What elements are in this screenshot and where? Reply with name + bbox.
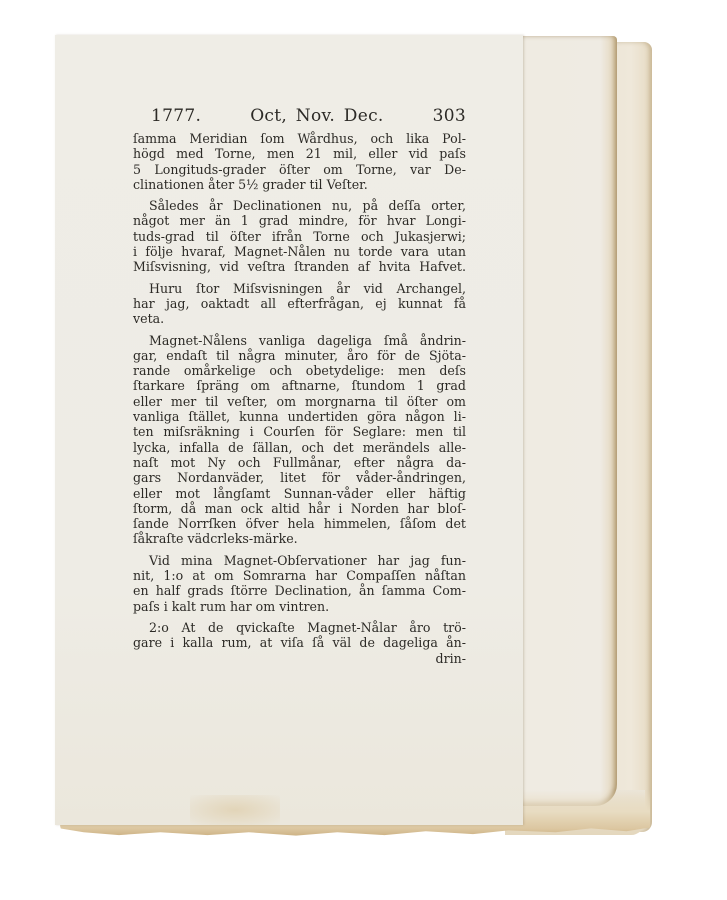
paragraph-5: Vid mina Magnet-Obſervationer har jag fu… <box>133 553 466 614</box>
text-line: Magnet-Nålens vanliga dageliga ſmå åndri… <box>133 333 466 348</box>
text-line: ſamma Meridian ſom Wårdhus, och lika Pol… <box>133 131 466 146</box>
paragraph-3: Huru ſtor Miſsvisningen år vid Archangel… <box>133 281 466 327</box>
header-year: 1777. <box>151 106 201 126</box>
paragraph-4: Magnet-Nålens vanliga dageliga ſmå åndri… <box>133 333 466 547</box>
text-line: Huru ſtor Miſsvisningen år vid Archangel… <box>133 281 466 296</box>
printed-text-block: 1777. Oct, Nov. Dec. 303 ſamma Meridian … <box>133 106 466 666</box>
text-line: lycka, infalla de ſällan, och det meränd… <box>133 440 466 455</box>
text-line: eller mer til veſter, om morgnarna til ö… <box>133 394 466 409</box>
text-line: ſande Norrſken öfver hela himmelen, ſåſo… <box>133 516 466 531</box>
text-line: högd med Torne, men 21 mil, eller vid pa… <box>133 146 466 161</box>
text-line: vanliga ſtället, kunna undertiden göra n… <box>133 409 466 424</box>
text-line: nit, 1:o at om Somrarna har Compaſſen nå… <box>133 568 466 583</box>
text-line: ſåkraſte vädcrleks-märke. <box>133 531 466 546</box>
text-line: Vid mina Magnet-Obſervationer har jag fu… <box>133 553 466 568</box>
text-line: ten miſsräkning i Courſen för Seglare: m… <box>133 424 466 439</box>
catchword: drin- <box>133 651 466 666</box>
foxing-stain <box>190 795 280 825</box>
text-line: gar, endaſt til några minuter, åro för d… <box>133 348 466 363</box>
text-line: har jag, oaktadt all efterfrågan, ej kun… <box>133 296 466 311</box>
running-head: 1777. Oct, Nov. Dec. 303 <box>151 106 466 126</box>
text-line: något mer än 1 grad mindre, för hvar Lon… <box>133 213 466 228</box>
text-line: rande omårkelige och obetydelige: men de… <box>133 363 466 378</box>
text-line: gare i kalla rum, at viſa ſå väl de dage… <box>133 635 466 650</box>
text-line: 5 Longituds-grader öſter om Torne, var D… <box>133 162 466 177</box>
text-line: eller mot långſamt Sunnan-våder eller hä… <box>133 486 466 501</box>
text-line: gars Nordanväder, litet för våder-åndrin… <box>133 470 466 485</box>
text-line: Miſsvisning, vid veſtra ſtranden af hvit… <box>133 259 466 274</box>
text-line: clinationen åter 5½ grader til Veſter. <box>133 177 466 192</box>
paragraph-1: ſamma Meridian ſom Wårdhus, och lika Pol… <box>133 131 466 192</box>
header-months: Oct, Nov. Dec. <box>250 106 383 126</box>
text-line: paſs i kalt rum har om vintren. <box>133 599 466 614</box>
text-line: en half grads ſtörre Declination, ån ſam… <box>133 583 466 598</box>
text-line: veta. <box>133 311 466 326</box>
paragraph-6: 2:o At de qvickaſte Magnet-Nålar åro trö… <box>133 620 466 666</box>
paragraph-2: Således år Declinationen nu, på deſſa or… <box>133 198 466 274</box>
text-line: 2:o At de qvickaſte Magnet-Nålar åro trö… <box>133 620 466 635</box>
text-line: ſtarkare ſpräng om aftnarne, ſtundom 1 g… <box>133 378 466 393</box>
text-line: Således år Declinationen nu, på deſſa or… <box>133 198 466 213</box>
page-number: 303 <box>433 106 466 126</box>
text-line: tuds-grad til öſter ifrån Torne och Juka… <box>133 229 466 244</box>
text-line: naſt mot Ny och Fullmånar, efter några d… <box>133 455 466 470</box>
text-line: ſtorm, då man ock altid hår i Norden har… <box>133 501 466 516</box>
text-line: i följe hvaraf, Magnet-Nålen nu torde va… <box>133 244 466 259</box>
